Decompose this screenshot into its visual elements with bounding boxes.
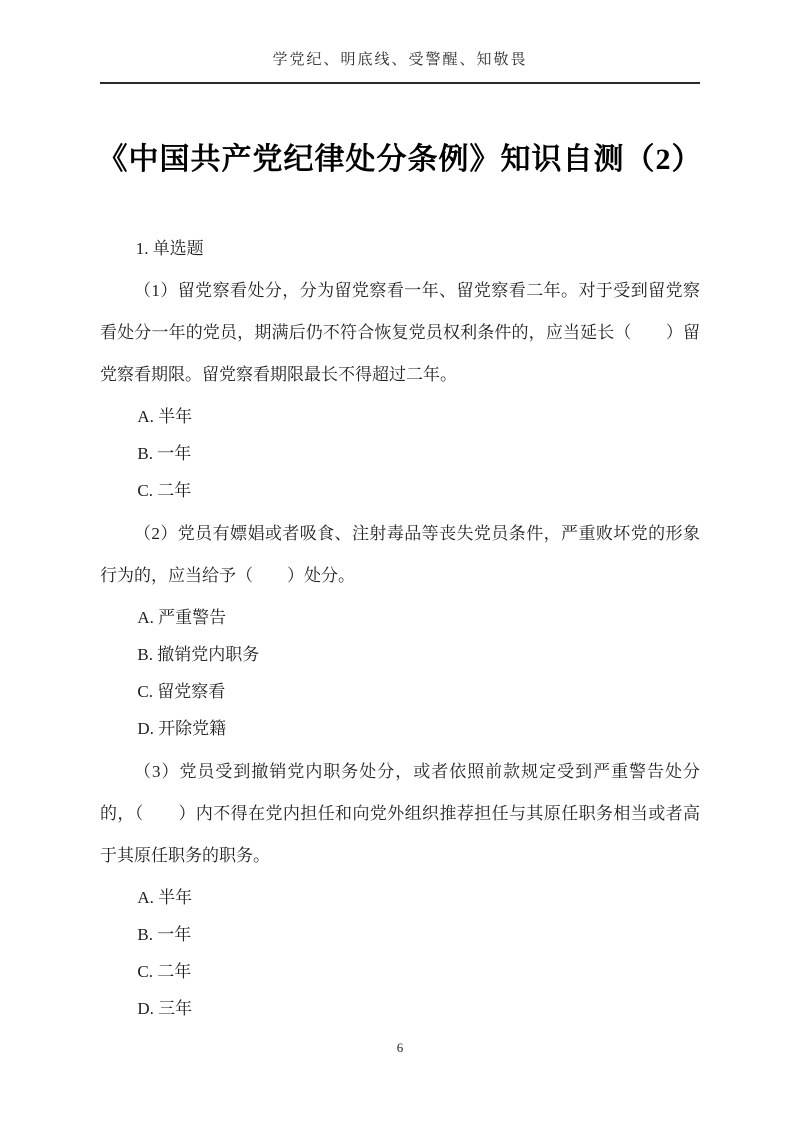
option: A. 半年	[100, 879, 700, 916]
option: B. 一年	[100, 916, 700, 953]
option: B. 撤销党内职务	[100, 636, 700, 673]
page-footer: 6	[0, 1040, 800, 1056]
page-number: 6	[397, 1040, 404, 1055]
question-1-text: （1）留党察看处分，分为留党察看一年、留党察看二年。对于受到留党察看处分一年的党…	[100, 270, 700, 396]
page-header: 学党纪、明底线、受警醒、知敬畏	[100, 0, 700, 92]
option: D. 开除党籍	[100, 710, 700, 747]
option: B. 一年	[100, 435, 700, 472]
question-3-text: （3）党员受到撤销党内职务处分，或者依照前款规定受到严重警告处分的，（ ）内不得…	[100, 751, 700, 877]
header-rule	[100, 82, 700, 84]
document-page: 学党纪、明底线、受警醒、知敬畏 《中国共产党纪律处分条例》知识自测（2） 1. …	[0, 0, 800, 1131]
option: A. 半年	[100, 398, 700, 435]
option: A. 严重警告	[100, 599, 700, 636]
question-2-text: （2）党员有嫖娼或者吸食、注射毒品等丧失党员条件，严重败坏党的形象行为的，应当给…	[100, 513, 700, 597]
section-label: 1. 单选题	[100, 228, 700, 270]
option: C. 二年	[100, 953, 700, 990]
header-slogan: 学党纪、明底线、受警醒、知敬畏	[100, 0, 700, 69]
question-1-options: A. 半年 B. 一年 C. 二年	[100, 398, 700, 509]
document-body: 1. 单选题 （1）留党察看处分，分为留党察看一年、留党察看二年。对于受到留党察…	[100, 228, 700, 1031]
option: D. 三年	[100, 990, 700, 1027]
page-title: 《中国共产党纪律处分条例》知识自测（2）	[60, 132, 740, 188]
question-3-options: A. 半年 B. 一年 C. 二年 D. 三年	[100, 879, 700, 1027]
option: C. 二年	[100, 472, 700, 509]
question-2-options: A. 严重警告 B. 撤销党内职务 C. 留党察看 D. 开除党籍	[100, 599, 700, 747]
option: C. 留党察看	[100, 673, 700, 710]
